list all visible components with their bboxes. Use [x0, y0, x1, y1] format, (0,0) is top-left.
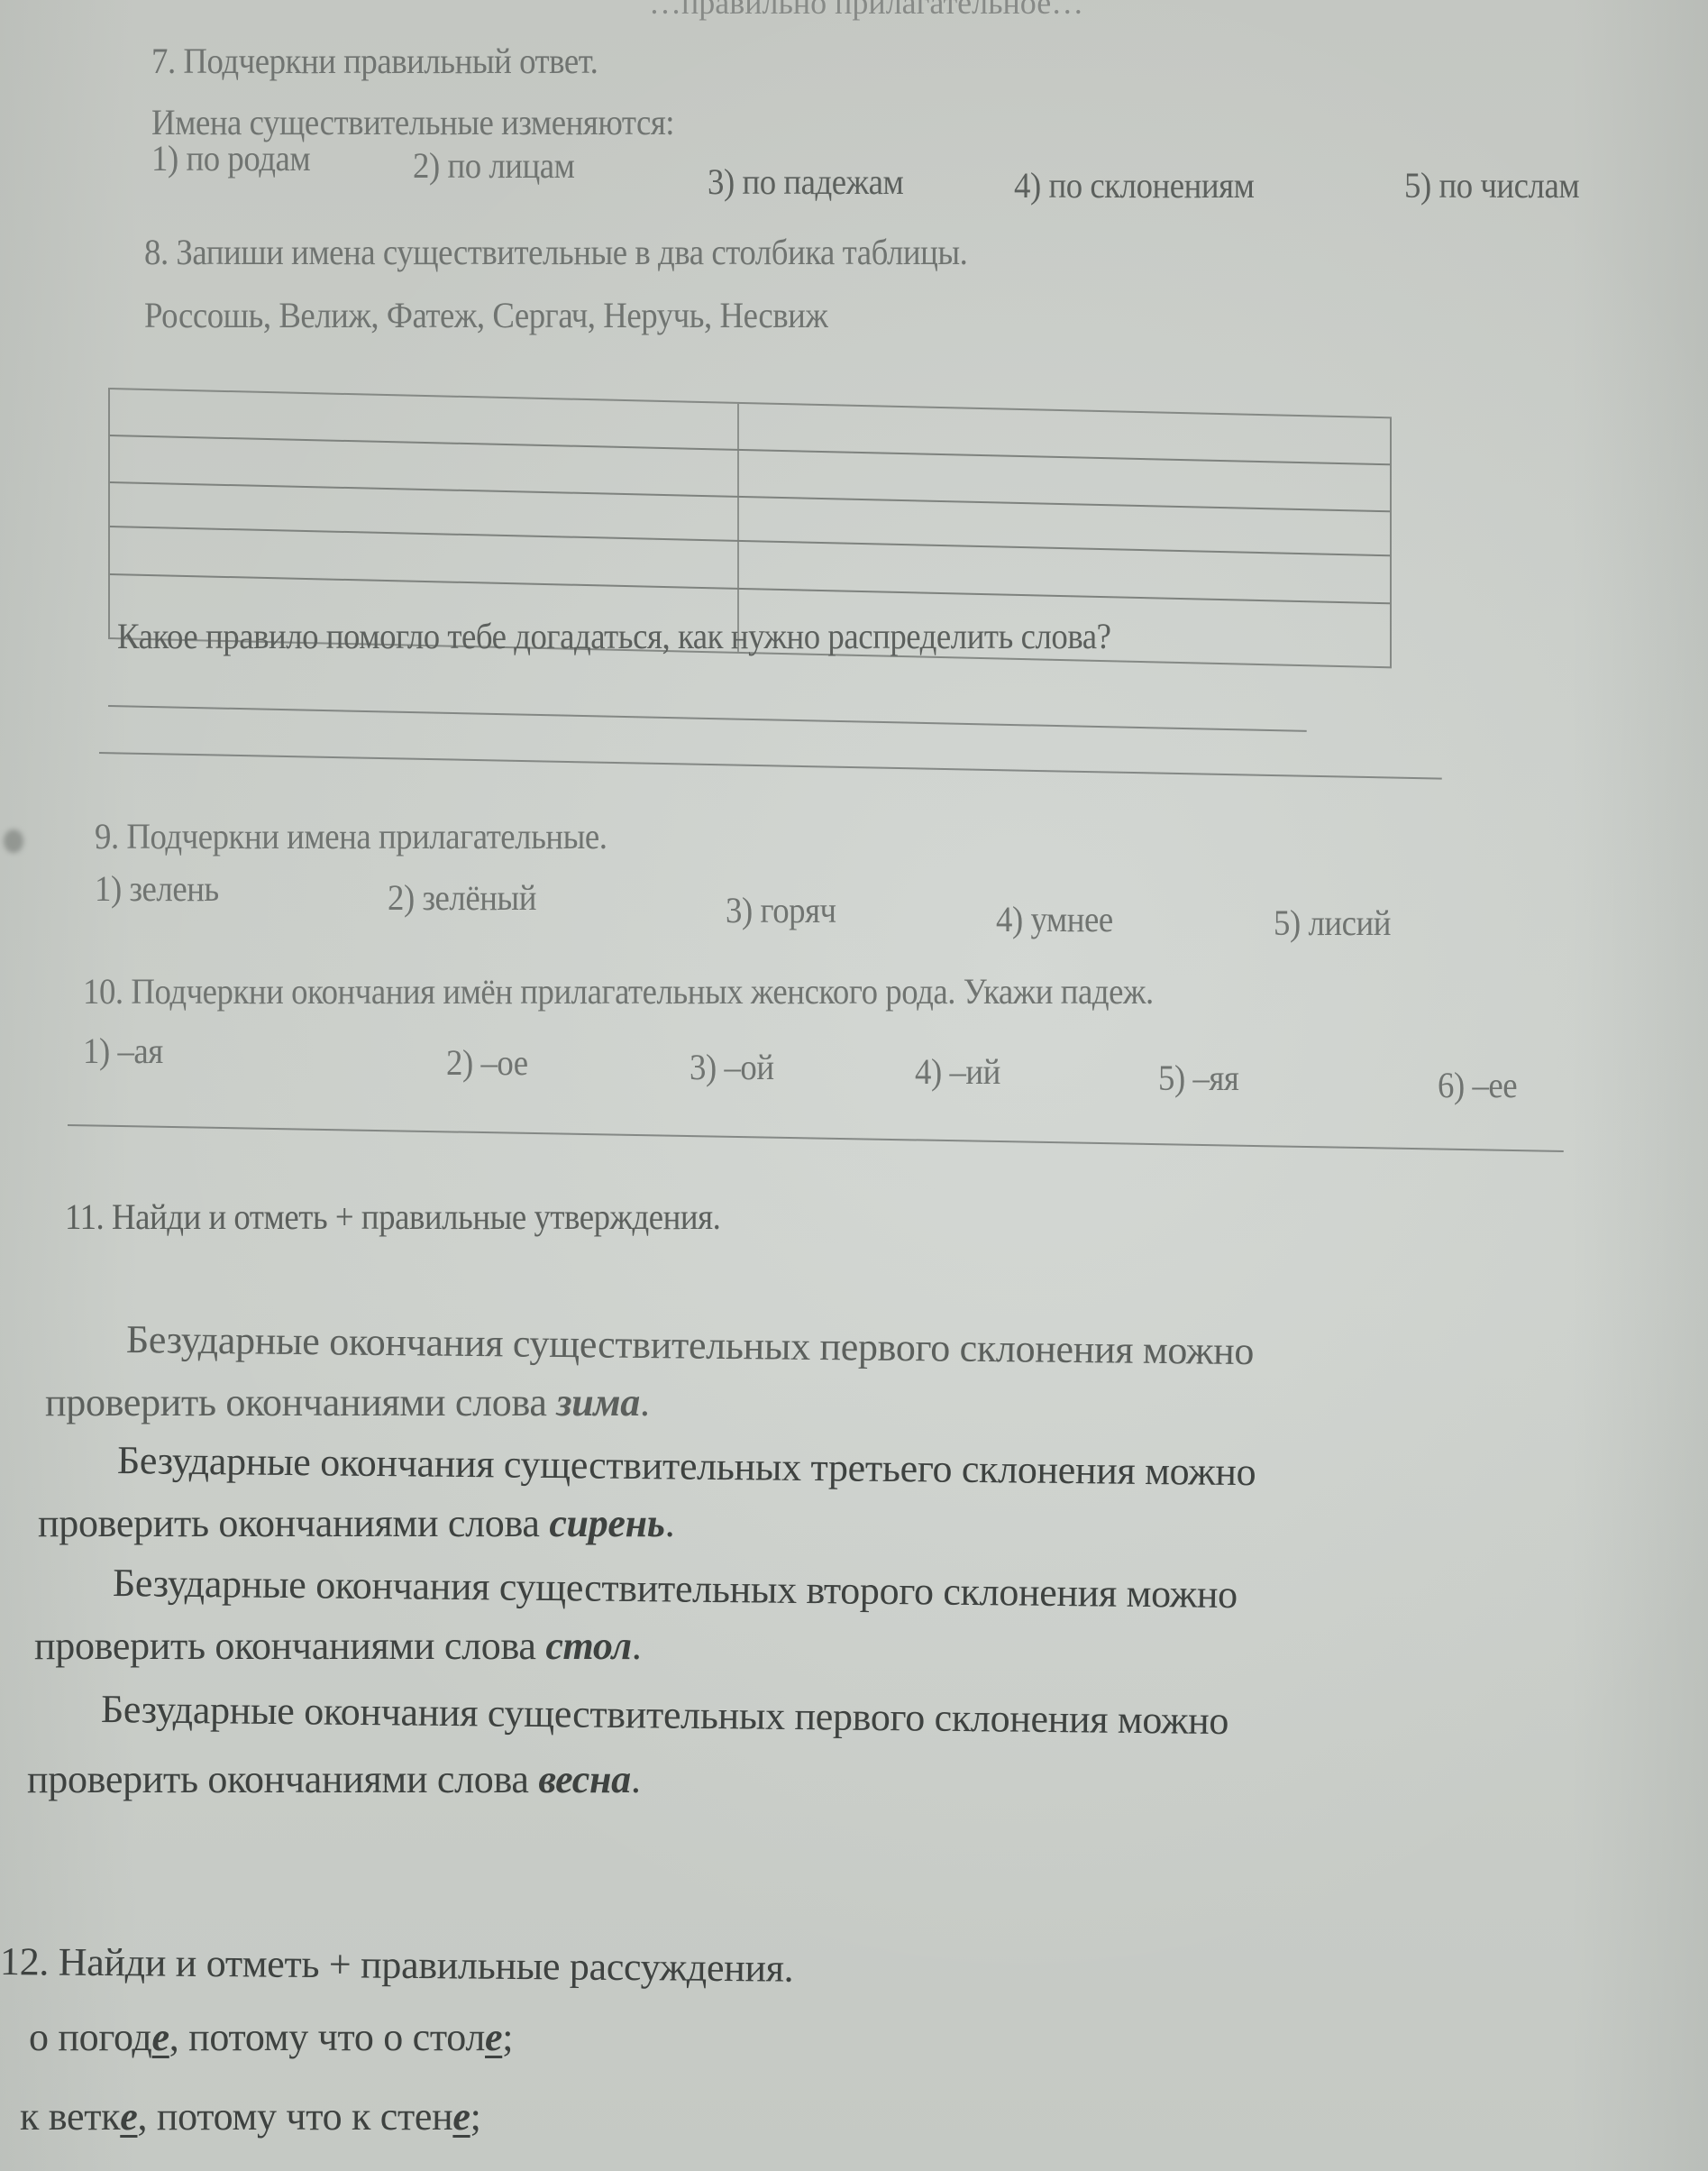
task-7-option-4[interactable]: 4) по склонениям	[1014, 164, 1254, 206]
ending-letter: е	[152, 2015, 169, 2059]
ending-letter: е	[485, 2015, 502, 2059]
task-10-answer-line[interactable]	[68, 1124, 1564, 1152]
statement-text: проверить окончаниями слова	[27, 1757, 538, 1801]
table-cells	[110, 389, 1390, 418]
reasoning-text: о погод	[29, 2015, 152, 2059]
statement-text: проверить окончаниями слова	[34, 1624, 545, 1668]
task-9-option-1[interactable]: 1) зелень	[95, 867, 219, 910]
reasoning-text: , потому что к стен	[137, 2094, 452, 2139]
period: .	[640, 1380, 650, 1424]
task-10-option-6[interactable]: 6) –ее	[1438, 1064, 1517, 1106]
punctuation: ;	[470, 2094, 481, 2139]
task-7-option-5[interactable]: 5) по числам	[1404, 164, 1579, 206]
task-10-option-1[interactable]: 1) –ая	[83, 1030, 163, 1072]
statement-4-line-1[interactable]: Безударные окончания существительных пер…	[101, 1686, 1229, 1744]
answer-line-2[interactable]	[99, 752, 1442, 780]
period: .	[665, 1501, 675, 1545]
task-9-option-4[interactable]: 4) умнее	[996, 898, 1113, 940]
statement-text: проверить окончаниями слова	[45, 1380, 556, 1424]
task-12-title: 12. Найди и отметь + правильные рассужде…	[0, 1938, 794, 1992]
task-8-question: Какое правило помогло тебе догадаться, к…	[117, 615, 1111, 657]
check-word: стол	[545, 1624, 631, 1668]
punctuation: ;	[502, 2015, 513, 2059]
task-11-title: 11. Найди и отметь + правильные утвержде…	[65, 1195, 720, 1238]
task-9-option-5[interactable]: 5) лисий	[1274, 902, 1391, 944]
statement-text: проверить окончаниями слова	[38, 1501, 549, 1545]
statement-4-line-2[interactable]: проверить окончаниями слова весна.	[27, 1756, 641, 1802]
task-7-option-3[interactable]: 3) по падежам	[708, 160, 903, 203]
task-7-title: 7. Подчеркни правильный ответ.	[151, 40, 598, 82]
task-10-option-3[interactable]: 3) –ой	[690, 1046, 774, 1088]
reasoning-text: , потому что о стол	[169, 2015, 485, 2059]
statement-2-line-1[interactable]: Безударные окончания существительных тре…	[117, 1437, 1256, 1495]
task-8-title: 8. Запиши имена существительные в два ст…	[144, 231, 967, 273]
task-10-option-2[interactable]: 2) –ое	[446, 1041, 528, 1084]
period: .	[631, 1757, 641, 1801]
check-word: весна	[538, 1757, 631, 1801]
ending-letter: е	[120, 2094, 137, 2139]
check-word: сирень	[549, 1501, 664, 1545]
statement-1-line-1[interactable]: Безударные окончания существительных пер…	[126, 1316, 1255, 1374]
task-10-title: 10. Подчеркни окончания имён прилагатель…	[83, 970, 1154, 1012]
task-7-option-1[interactable]: 1) по родам	[151, 137, 310, 179]
reasoning-2[interactable]: к ветке, потому что к стене;	[20, 2093, 481, 2139]
reasoning-text: к ветк	[20, 2094, 120, 2139]
period: .	[632, 1624, 642, 1668]
statement-3-line-1[interactable]: Безударные окончания существительных вто…	[113, 1560, 1238, 1617]
task-8-words: Россошь, Велиж, Фатеж, Сергач, Неручь, Н…	[144, 294, 827, 336]
reasoning-1[interactable]: о погоде, потому что о столе;	[29, 2014, 513, 2060]
answer-line-1[interactable]	[108, 705, 1307, 732]
check-word: зима	[556, 1380, 640, 1424]
statement-3-line-2[interactable]: проверить окончаниями слова стол.	[34, 1623, 642, 1669]
ending-letter: е	[452, 2094, 470, 2139]
task-9-title: 9. Подчеркни имена прилагательные.	[95, 815, 607, 857]
task-10-option-5[interactable]: 5) –яя	[1158, 1057, 1238, 1099]
statement-2-line-2[interactable]: проверить окончаниями слова сирень.	[38, 1500, 674, 1546]
task-7-option-2[interactable]: 2) по лицам	[413, 144, 574, 187]
margin-mark	[4, 829, 23, 853]
task-9-option-2[interactable]: 2) зелёный	[388, 876, 536, 919]
task-9-option-3[interactable]: 3) горяч	[726, 889, 836, 931]
cut-off-header-text: …правильно прилагательное…	[649, 0, 1083, 22]
statement-1-line-2[interactable]: проверить окончаниями слова зима.	[45, 1379, 650, 1425]
task-10-option-4[interactable]: 4) –ий	[915, 1050, 1000, 1093]
